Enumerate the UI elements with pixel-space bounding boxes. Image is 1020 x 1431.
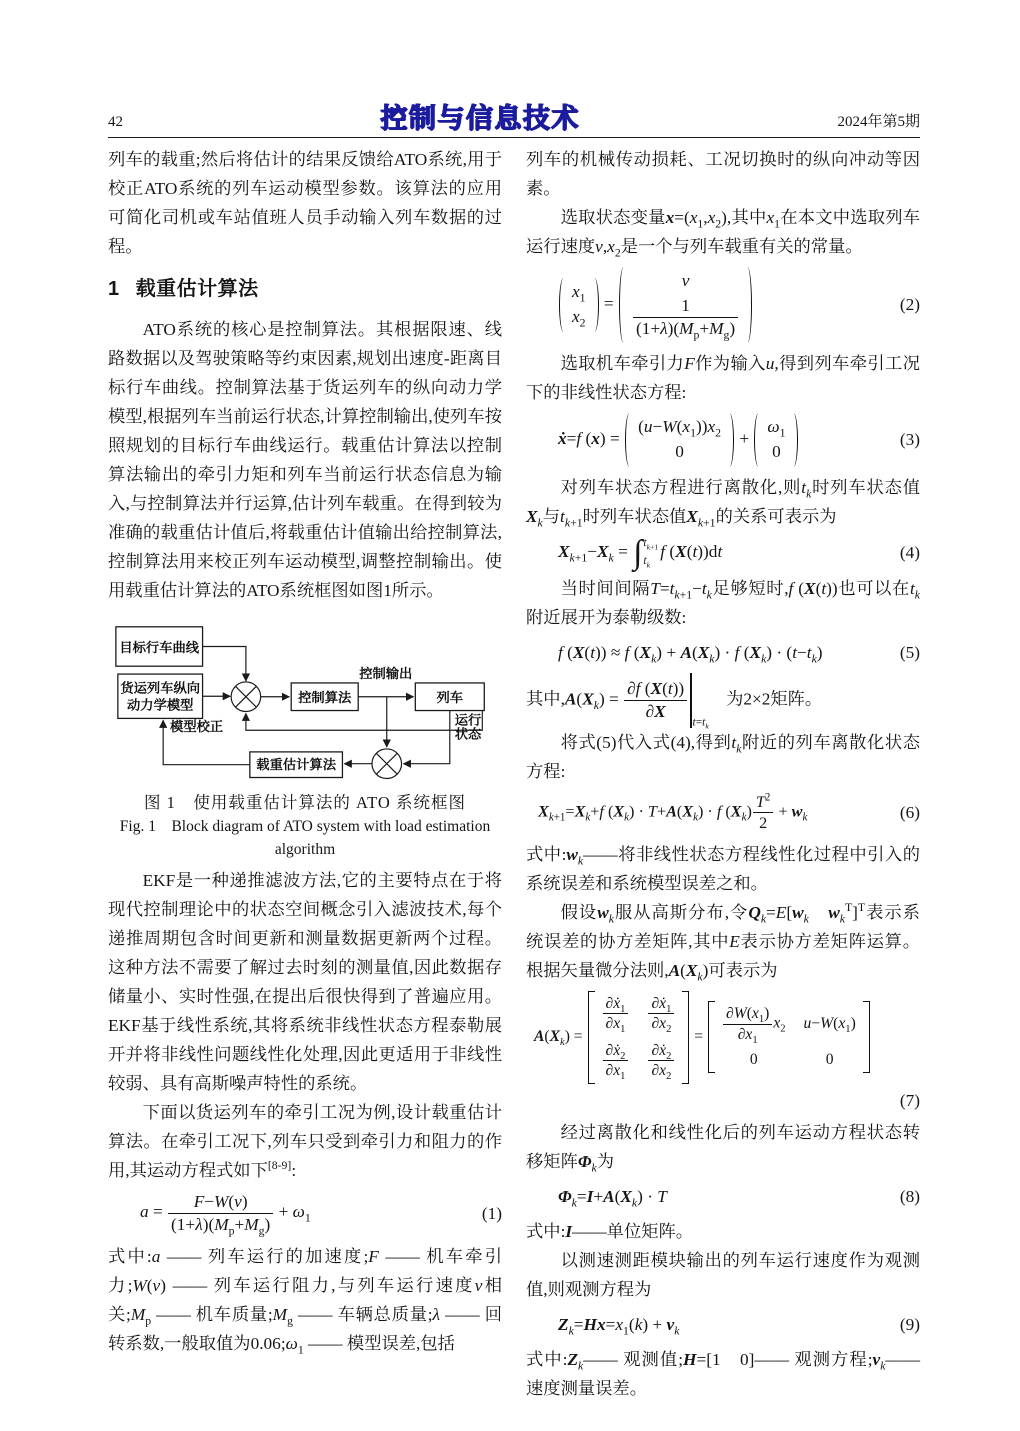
equation-body: a = F−W(v)(1+λ)(Mp+Mg) + ω1 xyxy=(108,1191,466,1235)
diagram-box-train-label: 列车 xyxy=(437,689,464,705)
equation-number: (7) xyxy=(526,1086,920,1115)
paragraph-design: 下面以货运列车的牵引工况为例,设计载重估计算法。在牵引工况下,列车只受到牵引力和… xyxy=(108,1098,502,1185)
page-number: 42 xyxy=(108,112,123,132)
equation-number: (6) xyxy=(884,798,920,827)
equation-number: (4) xyxy=(884,538,920,567)
summing-junction-icon xyxy=(231,682,261,712)
diagram-label-run-state-1: 运行 xyxy=(455,711,482,727)
summing-junction-icon xyxy=(372,749,402,779)
equation-number: (2) xyxy=(884,290,920,319)
equation-number: (8) xyxy=(884,1182,920,1211)
equation-6: Xk+1=Xk+f (Xk) · T+A(Xk) · f (Xk)T22 + w… xyxy=(526,792,920,834)
journal-page: 42 控制与信息技术 2024年第5期 列车的载重;然后将估计的结果反馈给ATO… xyxy=(0,0,1020,1403)
arrow-runstate-feedback-to-sum1 xyxy=(246,711,482,731)
equation-number: (9) xyxy=(884,1310,920,1339)
paragraph-ekf: EKF是一种递推滤波方法,它的主要特点在于将现代控制理论中的状态空间概念引入滤波… xyxy=(108,866,502,1098)
equation-body: Zk=Hx=x1(k) + vk xyxy=(526,1310,884,1339)
equation-body: f (X(t)) ≈ f (Xk) + A(Xk) · f (Xk) · (t−… xyxy=(526,638,884,667)
equation-body: x1x2 = v1(1+λ)(Mp+Mg) xyxy=(526,267,884,343)
paragraph-carryover-right: 列车的机械传动损耗、工况切换时的纵向冲动等因素。 xyxy=(526,145,920,203)
paragraph-ato-overview: ATO系统的核心是控制算法。其根据限速、线路数据以及驾驶策略等约束因素,规划出速… xyxy=(108,315,502,605)
equation-2: x1x2 = v1(1+λ)(Mp+Mg) (2) xyxy=(526,267,920,343)
journal-header: 42 控制与信息技术 2024年第5期 xyxy=(108,104,920,132)
diagram-box-target-curve-label: 目标行车曲线 xyxy=(119,639,199,655)
paragraph-eq6-variables: 式中:wk——将非线性状态方程线性化过程中引入的系统误差和系统模型误差之和。 xyxy=(526,840,920,898)
equation-body: Xk+1−Xk = ∫tk+1tkf (X(t))dt xyxy=(526,537,884,568)
section-number: 1 xyxy=(108,278,120,300)
equation-1: a = F−W(v)(1+λ)(Mp+Mg) + ω1 (1) xyxy=(108,1191,502,1235)
equation-9: Zk=Hx=x1(k) + vk (9) xyxy=(526,1310,920,1339)
equation-number: (5) xyxy=(884,638,920,667)
right-column: 列车的机械传动损耗、工况切换时的纵向冲动等因素。 选取状态变量x=(x1,x2)… xyxy=(526,145,920,1403)
equation-number: (1) xyxy=(466,1199,502,1228)
diagram-label-control-output: 控制输出 xyxy=(359,665,412,681)
equation-body: ẋ=f (x) = (u−W(x1))x20 + ω10 xyxy=(526,413,884,467)
two-column-body: 列车的载重;然后将估计的结果反馈给ATO系统,用于校正ATO系统的列车运动模型参… xyxy=(108,145,920,1403)
paragraph-matrix-note: 其中,A(Xk) = ∂f (X(t))∂Xt=tk 为2×2矩阵。 xyxy=(526,673,920,728)
equation-3: ẋ=f (x) = (u−W(x1))x20 + ω10 (3) xyxy=(526,413,920,467)
ato-block-diagram: 目标行车曲线 货运列车纵向 动力学模型 控制算法 列车 载重估计算法 xyxy=(108,614,502,789)
figure-1: 目标行车曲线 货运列车纵向 动力学模型 控制算法 列车 载重估计算法 xyxy=(108,614,502,861)
figure-caption-zh: 图 1 使用载重估计算法的 ATO 系统框图 xyxy=(108,790,502,815)
paragraph-carryover: 列车的载重;然后将估计的结果反馈给ATO系统,用于校正ATO系统的列车运动模型参… xyxy=(108,145,502,261)
issue-label: 2024年第5期 xyxy=(837,112,920,132)
diagram-box-control-algorithm-label: 控制算法 xyxy=(298,689,352,705)
equation-5: f (X(t)) ≈ f (Xk) + A(Xk) · f (Xk) · (t−… xyxy=(526,638,920,667)
paragraph-eq1-variables: 式中:a —— 列车运行的加速度;F —— 机车牵引力;W(v) —— 列车运行… xyxy=(108,1242,502,1358)
paragraph-discretization: 对列车状态方程进行离散化,则tk时列车状态值Xk与tk+1时列车状态值Xk+1的… xyxy=(526,473,920,531)
left-column: 列车的载重;然后将估计的结果反馈给ATO系统,用于校正ATO系统的列车运动模型参… xyxy=(108,145,502,1403)
arrow-train-to-sum2 xyxy=(403,711,449,764)
figure-caption-en-line2: algorithm xyxy=(108,838,502,861)
paragraph-input: 选取机车牵引力F作为输入u,得到列车牵引工况下的非线性状态方程: xyxy=(526,349,920,407)
paragraph-gaussian: 假设wk服从高斯分布,令Qk=E[wk wkT]T表示系统误差的协方差矩阵,其中… xyxy=(526,898,920,985)
header-rule xyxy=(108,137,920,138)
diagram-box-load-estimation-label: 载重估计算法 xyxy=(256,756,336,772)
equation-body: Xk+1=Xk+f (Xk) · T+A(Xk) · f (Xk)T22 + w… xyxy=(526,792,884,834)
section-heading: 1载重估计算法 xyxy=(108,276,502,302)
section-title: 载重估计算法 xyxy=(136,278,259,300)
paragraph-observation: 以测速测距模块输出的列车运行速度作为观测值,则观测方程为 xyxy=(526,1246,920,1304)
arrow-target-to-sum xyxy=(203,647,246,681)
equation-body: A(Xk) = ∂ẋ1∂x1∂ẋ1∂x2∂ẋ2∂x1∂ẋ2∂x2 = ∂W(x1… xyxy=(526,991,920,1084)
equation-number: (3) xyxy=(884,425,920,454)
diagram-label-run-state-2: 状态 xyxy=(455,726,482,742)
paragraph-taylor: 当时间间隔T=tk+1−tk足够短时,f (X(t))也可以在tk附近展开为泰勒… xyxy=(526,574,920,632)
diagram-box-dynamics-model-label2: 动力学模型 xyxy=(127,697,194,713)
paragraph-state-variables: 选取状态变量x=(x1,x2),其中x1在本文中选取列车运行速度v,x2是一个与… xyxy=(526,203,920,261)
paragraph-substitute: 将式(5)代入式(4),得到tk附近的列车离散化状态方程: xyxy=(526,728,920,786)
journal-logo: 控制与信息技术 xyxy=(380,104,580,133)
paragraph-eq8-variables: 式中:I——单位矩阵。 xyxy=(526,1217,920,1246)
paragraph-transfer-matrix: 经过离散化和线性化后的列车运动方程状态转移矩阵Φk为 xyxy=(526,1118,920,1176)
figure-caption-en-line1: Fig. 1 Block diagram of ATO system with … xyxy=(108,815,502,838)
diagram-box-dynamics-model-label1: 货运列车纵向 xyxy=(120,679,200,695)
diagram-label-model-correction: 模型校正 xyxy=(170,718,224,734)
equation-7: A(Xk) = ∂ẋ1∂x1∂ẋ1∂x2∂ẋ2∂x1∂ẋ2∂x2 = ∂W(x1… xyxy=(526,991,920,1084)
equation-4: Xk+1−Xk = ∫tk+1tkf (X(t))dt (4) xyxy=(526,537,920,568)
paragraph-eq9-variables: 式中:Zk—— 观测值;H=[1 0]—— 观测方程;vk——速度测量误差。 xyxy=(526,1345,920,1403)
equation-body: Φk=I+A(Xk) · T xyxy=(526,1182,884,1211)
equation-8: Φk=I+A(Xk) · T (8) xyxy=(526,1182,920,1211)
